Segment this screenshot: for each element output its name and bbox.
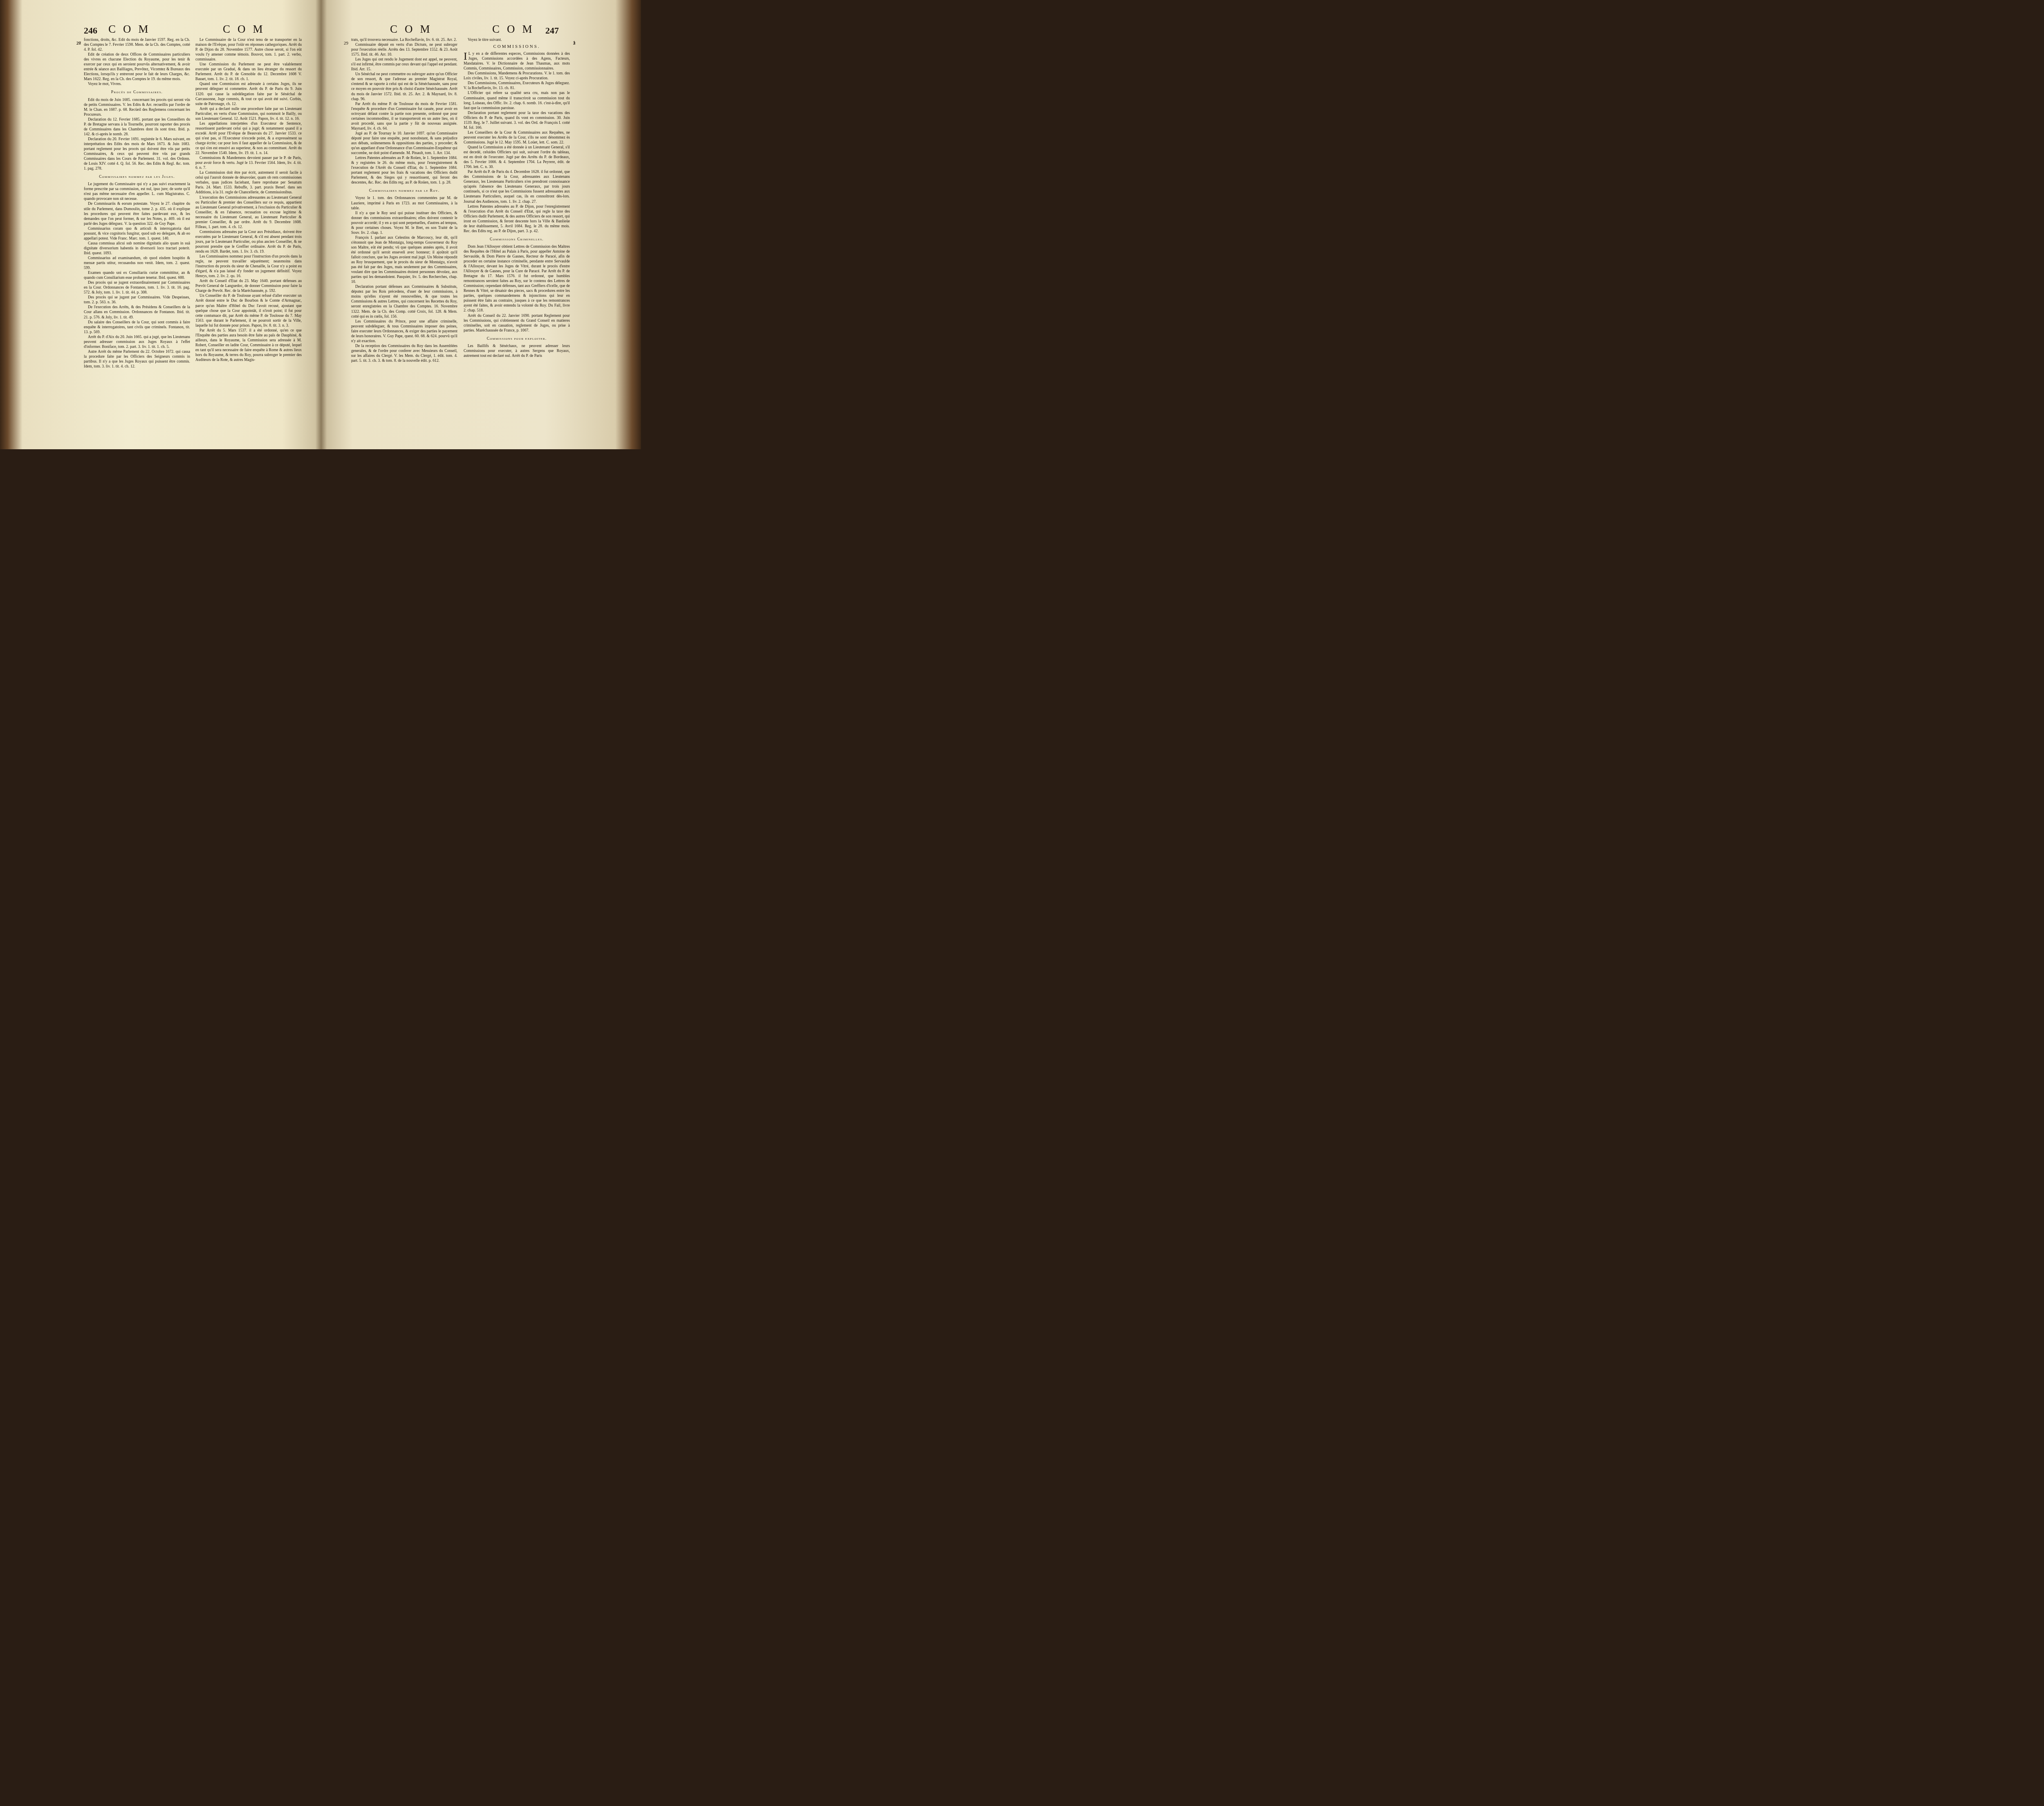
paragraph-text: Examen quando uni ex Consiliariis curiæ … [84, 271, 190, 280]
paragraph: Edit de création de deux Offices de Comm… [84, 52, 190, 82]
paragraph-text: L'execution des Commissions adressantes … [195, 195, 302, 229]
paragraph: Commissarius ad examinandum, ob quod eis… [84, 256, 190, 271]
paragraph-text: Un Sénéchal ne peut commettre ou subroge… [351, 72, 457, 101]
paragraph-text: L y en a de differentes especes, Commiss… [464, 52, 570, 71]
paragraph-text: Des Commissions, Commissaires, Executeur… [464, 81, 570, 90]
paragraph-text: Arrêt du Conseil d'Etat du 23. May 1640.… [195, 279, 302, 293]
paragraph: Examen quando uni ex Consiliariis curiæ … [84, 271, 190, 280]
paragraph: Arrêt du P. d'Aix du 20. Juin 1665. qui … [84, 335, 190, 350]
paragraph: Par Arrêt du même P. de Toulouse du mois… [351, 102, 457, 131]
left-page: 246 COM COM fonctions, droits, &c. Edit … [0, 0, 320, 449]
paragraph: Declaration du 12. Fevrier 1685. portant… [84, 117, 190, 137]
entry-title: COMMISSIONS. [464, 44, 570, 49]
paragraph: Les appellations interjettées d'un Execu… [195, 121, 302, 156]
running-head-left-col2: COM [223, 23, 270, 36]
paragraph-text: Dom Jean l'Allouyer obtient Lettres de C… [464, 244, 570, 313]
paragraph-text: Voyez le mot, Vivres. [88, 82, 121, 86]
paragraph-text: Quand une Commission est adressée à cert… [195, 82, 302, 106]
paragraph: Declaration du 20. Fevrier 1691. registr… [84, 137, 190, 171]
paragraph-text: Declaration portant reglement pour la ta… [464, 111, 570, 130]
paragraph-text: François I. parlant aux Celestins de Mar… [351, 235, 457, 284]
paragraph-text: Arrêt du Conseil du 22. Janvier 1690. po… [464, 314, 570, 333]
section-heading: Commissaires nommez par les Juges. [84, 175, 190, 179]
paragraph-text: Arrêt qui a declaré nulle une procedure … [195, 107, 302, 121]
paragraph: Declaration portant reglement pour la ta… [464, 111, 570, 130]
paragraph: Par Arrêt du P. de Paris du 4. Decembre … [464, 170, 570, 204]
section-heading: Procès de Commissaires. [84, 90, 190, 95]
paragraph: Des Commissions, Commissaires, Executeur… [464, 81, 570, 91]
paragraph-text: Les Commissaires nommez pour l'instructi… [195, 254, 302, 278]
paragraph: Il n'y a que le Roy seul qui puisse inst… [351, 211, 457, 235]
margin-number: 28 [76, 41, 81, 46]
paragraph: Dom Jean l'Allouyer obtient Lettres de C… [464, 244, 570, 314]
paragraph: Lettres Patentes adressées au P. de Roüe… [351, 156, 457, 185]
paragraph: Declaration portant défenses aux Commiss… [351, 285, 457, 319]
paragraph-text: trats, qu'il trouvera necessaire. La Roc… [351, 38, 457, 42]
paragraph-text: Causa commissa alicui sub nomine dignita… [84, 241, 190, 255]
paragraph: Autre Arrêt du même Parlement du 22. Oct… [84, 350, 190, 369]
paragraph-text: L'Officier qui refere sa qualité sera cr… [464, 91, 570, 110]
paragraph: De la reception des Commissaires du Roy … [351, 344, 457, 363]
paragraph: Arrêt du Conseil d'Etat du 23. May 1640.… [195, 279, 302, 294]
paragraph-text: fonctions, droits, &c. Edit du mois de J… [84, 38, 190, 52]
left-column-2: Le Commissaire de la Cour n'est tenu de … [195, 38, 302, 363]
paragraph: Par Arrêt du 5. Mars 1537. il a été ordo… [195, 328, 302, 363]
paragraph-text: Edit du mois de Juin 1685. concernant le… [84, 98, 190, 117]
paragraph-text: Jugé au P. de Tournay le 10. Janvier 169… [351, 131, 457, 155]
paragraph-text: COMMISSIONS. [493, 44, 540, 49]
paragraph-text: Declaration portant défenses aux Commiss… [351, 285, 457, 318]
paragraph-text: Commissarius ad examinandum, ob quod eis… [84, 256, 190, 270]
left-column-1: fonctions, droits, &c. Edit du mois de J… [84, 38, 190, 369]
margin-number: 3 [573, 41, 576, 46]
paragraph: De Commissariis & eorum potestate. Voyez… [84, 202, 190, 226]
paragraph: Arrêt du Conseil du 22. Janvier 1690. po… [464, 314, 570, 333]
book-spread: 246 COM COM fonctions, droits, &c. Edit … [0, 0, 641, 449]
paragraph-text: La Commission doit être par écrit, autre… [195, 170, 302, 195]
paragraph: L'execution des Commissions adressantes … [195, 195, 302, 230]
paragraph: Jugé au P. de Tournay le 10. Janvier 169… [351, 131, 457, 156]
paragraph: Voyez le titre suivant. [464, 38, 570, 43]
paragraph: Les Juges qui ont rendu le Jugement dont… [351, 57, 457, 72]
paragraph: Du salaire des Conseillers de la Cour, q… [84, 320, 190, 335]
paragraph: Les Commissaires nommez pour l'instructi… [195, 254, 302, 279]
margin-number: 29 [344, 41, 348, 46]
paragraph-text: Lettres Patentes adressées au P. de Dijo… [464, 204, 570, 233]
paragraph: IL y en a de differentes especes, Commis… [464, 52, 570, 71]
paragraph-text: Les appellations interjettées d'un Execu… [195, 121, 302, 155]
paragraph-text: Commissaires nommez par le Roy. [369, 188, 440, 193]
page-number-right: 247 [545, 25, 559, 36]
paragraph-text: Du salaire des Conseillers de la Cour, q… [84, 320, 190, 334]
paragraph-text: Des procès qui se jugent extraordinairem… [84, 280, 190, 295]
paragraph-text: Le jugement du Commissaire qui n'y a pas… [84, 182, 190, 201]
paragraph-text: Les Juges qui ont rendu le Jugement dont… [351, 57, 457, 72]
paragraph: Un Sénéchal ne peut commettre ou subroge… [351, 72, 457, 101]
paragraph-text: Il n'y a que le Roy seul qui puisse inst… [351, 211, 457, 235]
paragraph-text: Edit de création de deux Offices de Comm… [84, 52, 190, 81]
paragraph-text: De la reception des Commissaires du Roy … [351, 344, 457, 363]
running-head-right-col1: COM [390, 23, 437, 36]
page-number-left: 246 [84, 25, 97, 36]
paragraph-text: Quand la Commission a été donnée à un Li… [464, 145, 570, 169]
paragraph: Commissarius coram quo & articuli & inte… [84, 226, 190, 241]
paragraph-text: Par Arrêt du 5. Mars 1537. il a été ordo… [195, 328, 302, 362]
paragraph-text: Par Arrêt du même P. de Toulouse du mois… [351, 102, 457, 131]
paragraph-text: De Commissariis & eorum potestate. Voyez… [84, 202, 190, 226]
drop-cap: I [464, 52, 467, 61]
paragraph: Voyez le 1. tom. des Ordonnances comment… [351, 196, 457, 211]
right-page: COM COM 247 trats, qu'il trouvera necess… [320, 0, 641, 449]
right-column-2: Voyez le titre suivant.COMMISSIONS.IL y … [464, 38, 570, 359]
running-head-right-col2: COM [492, 23, 540, 36]
paragraph: Des procès qui se jugent extraordinairem… [84, 280, 190, 295]
paragraph-text: Par Arrêt du P. de Paris du 4. Decembre … [464, 170, 570, 204]
paragraph-text: Procès de Commissaires. [111, 90, 163, 94]
paragraph: Commissaire député en vertu d'un Dictum,… [351, 43, 457, 57]
paragraph: Edit du mois de Juin 1685. concernant le… [84, 98, 190, 117]
paragraph: Quand une Commission est adressée à cert… [195, 82, 302, 106]
paragraph: Commissions adressées par la Cour aux Pr… [195, 230, 302, 254]
paragraph: Le jugement du Commissaire qui n'y a pas… [84, 182, 190, 202]
paragraph-text: Commissaire député en vertu d'un Dictum,… [351, 43, 457, 57]
running-head-left-col1: COM [108, 23, 156, 36]
paragraph-text: Voyez le 1. tom. des Ordonnances comment… [351, 196, 457, 210]
paragraph: Quand la Commission a été donnée à un Li… [464, 145, 570, 170]
section-heading: Commissions Criminelles. [464, 237, 570, 242]
paragraph-text: Les Commissaires du Prince, pour une aff… [351, 319, 457, 343]
paragraph-text: Declaration du 12. Fevrier 1685. portant… [84, 117, 190, 137]
right-column-1: trats, qu'il trouvera necessaire. La Roc… [351, 38, 457, 363]
paragraph: De l'execution des Arrêts, & des Préside… [84, 305, 190, 320]
paragraph: François I. parlant aux Celestins de Mar… [351, 235, 457, 285]
paragraph-text: Commissions pour exploiter. [487, 336, 547, 341]
paragraph: Des Commissions, Mandemens & Procuration… [464, 71, 570, 81]
paragraph: Lettres Patentes adressées au P. de Dijo… [464, 204, 570, 234]
paragraph-text: Des procès qui se jugent par Commissaire… [84, 295, 190, 305]
paragraph-text: Lettres Patentes adressées au P. de Roüe… [351, 156, 457, 185]
paragraph-text: Des Commissions, Mandemens & Procuration… [464, 71, 570, 81]
paragraph-text: Un Conseiller du P. de Toulouse ayant re… [195, 294, 302, 327]
paragraph-text: Commissions Criminelles. [490, 237, 544, 242]
paragraph-text: Autre Arrêt du même Parlement du 22. Oct… [84, 350, 190, 369]
paragraph: Les Conseillers de la Cour & Commissaire… [464, 130, 570, 145]
paragraph-text: Commissions adressées par la Cour aux Pr… [195, 230, 302, 254]
paragraph: La Commission doit être par écrit, autre… [195, 170, 302, 195]
paragraph: Commissions & Mandemens devoient passer … [195, 156, 302, 170]
paragraph: Causa commissa alicui sub nomine dignita… [84, 241, 190, 256]
paragraph: fonctions, droits, &c. Edit du mois de J… [84, 38, 190, 52]
paragraph-text: Commissions & Mandemens devoient passer … [195, 156, 302, 170]
paragraph: Voyez le mot, Vivres. [84, 82, 190, 87]
paragraph-text: Les Conseillers de la Cour & Commissaire… [464, 130, 570, 145]
paragraph: Les Baillifs & Sénéchaux, ne peuvent adr… [464, 344, 570, 359]
section-heading: Commissions pour exploiter. [464, 336, 570, 341]
paragraph-text: Le Commissaire de la Cour n'est tenu de … [195, 38, 302, 62]
paragraph-text: Commissarius coram quo & articuli & inte… [84, 226, 190, 241]
paragraph-text: Declaration du 20. Fevrier 1691. registr… [84, 137, 190, 171]
paragraph: Arrêt qui a declaré nulle une procedure … [195, 107, 302, 121]
paragraph: Une Commission du Parlement ne peut être… [195, 62, 302, 82]
paragraph-text: Voyez le titre suivant. [468, 38, 502, 42]
section-heading: Commissaires nommez par le Roy. [351, 188, 457, 193]
paragraph-text: Une Commission du Parlement ne peut être… [195, 62, 302, 81]
paragraph: Un Conseiller du P. de Toulouse ayant re… [195, 294, 302, 328]
paragraph-text: De l'execution des Arrêts, & des Préside… [84, 305, 190, 319]
paragraph: L'Officier qui refere sa qualité sera cr… [464, 91, 570, 110]
paragraph: Des procès qui se jugent par Commissaire… [84, 295, 190, 305]
paragraph-text: Les Baillifs & Sénéchaux, ne peuvent adr… [464, 344, 570, 358]
paragraph: Le Commissaire de la Cour n'est tenu de … [195, 38, 302, 62]
paragraph-text: Commissaires nommez par les Juges. [99, 175, 175, 179]
paragraph: trats, qu'il trouvera necessaire. La Roc… [351, 38, 457, 43]
paragraph-text: Arrêt du P. d'Aix du 20. Juin 1665. qui … [84, 335, 190, 349]
paragraph: Les Commissaires du Prince, pour une aff… [351, 319, 457, 344]
